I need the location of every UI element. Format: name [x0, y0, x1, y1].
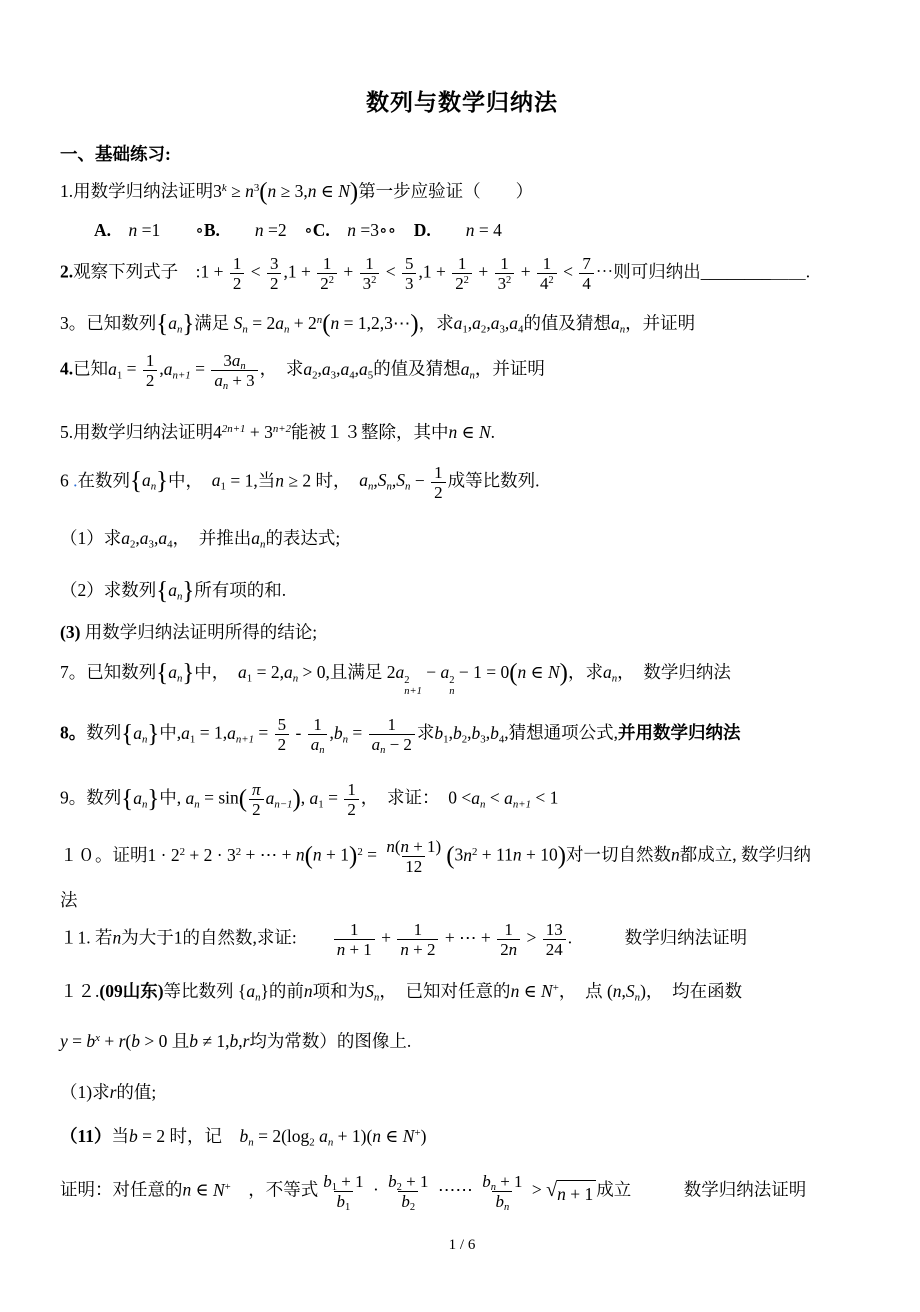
page-number: 1 / 6	[60, 1211, 864, 1312]
problem-12: １２.(09山东)等比数列 {an}的前n项和为Sn， 已知对任意的n ∈ N+…	[60, 979, 864, 1004]
problem-2: 2.观察下列式子 :1 + 12 < 32,1 + 122 + 132 < 53…	[60, 254, 864, 293]
section-heading: 一、基础练习:	[60, 141, 864, 166]
problem-7: 7。已知数列{an}中， a1 = 2,an > 0,且满足 2a2n+1 − …	[60, 660, 864, 698]
problem-11: １1. 若n为大于1的自然数,求证: 1n + 1 + 1n + 2 + ⋯ +…	[60, 920, 864, 959]
problem-12-function: y = bx + r(b > 0 且b ≠ 1,b,r均为常数）的图像上.	[60, 1029, 864, 1054]
problem-6-part-2: （2）求数列{an}所有项的和.	[60, 578, 864, 603]
problem-8: 8。数列{an}中,a1 = 1,an+1 = 52 - 1an,bn = 1a…	[60, 715, 864, 754]
problem-3: 3。已知数列{an}满足 Sn = 2an + 2n(n = 1,2,3⋯)，求…	[60, 311, 864, 336]
problem-4: 4.已知a1 = 12,an+1 = 3anan + 3， 求a2,a3,a4,…	[60, 351, 864, 390]
problem-6: 6 .在数列{an}中， a1 = 1,当n ≥ 2 时， an,Sn,Sn −…	[60, 463, 864, 502]
problem-6-part-3: (3) 用数学归纳法证明所得的结论;	[60, 620, 864, 645]
problem-1: 1.用数学归纳法证明3k ≥ n3(n ≥ 3,n ∈ N)第一步应验证（ ）	[60, 179, 864, 204]
document-title: 数列与数学归纳法	[60, 84, 864, 117]
problem-9: 9。数列{an}中, an = sin(π2an−1), a1 = 12， 求证…	[60, 780, 864, 819]
problem-10-wrap: 法	[60, 888, 864, 913]
document-page: 数列与数学归纳法 一、基础练习: 1.用数学归纳法证明3k ≥ n3(n ≥ 3…	[0, 0, 920, 1312]
problem-12-part-1: （1)求r的值;	[60, 1080, 864, 1105]
problem-5: 5.用数学归纳法证明42n+1 + 3n+2能被１３整除，其中n ∈ N.	[60, 420, 864, 445]
problem-12-part-2: （11）当b = 2 时，记 bn = 2(log2 an + 1)(n ∈ N…	[60, 1124, 864, 1149]
problem-10: １０。证明1 · 22 + 2 · 32 + ⋯ + n(n + 1)2 = n…	[60, 837, 864, 876]
problem-12-proof: 证明：对任意的n ∈ N+ ，不等式b1 + 1b1 · b2 + 1b2 ⋯⋯…	[60, 1172, 864, 1211]
problem-1-choices: A. n =1 ∘B. n =2 ∘C. n =3∘∘ D. n = 4	[60, 218, 864, 243]
problem-6-part-1: （1）求a2,a3,a4， 并推出an的表达式;	[60, 526, 864, 551]
